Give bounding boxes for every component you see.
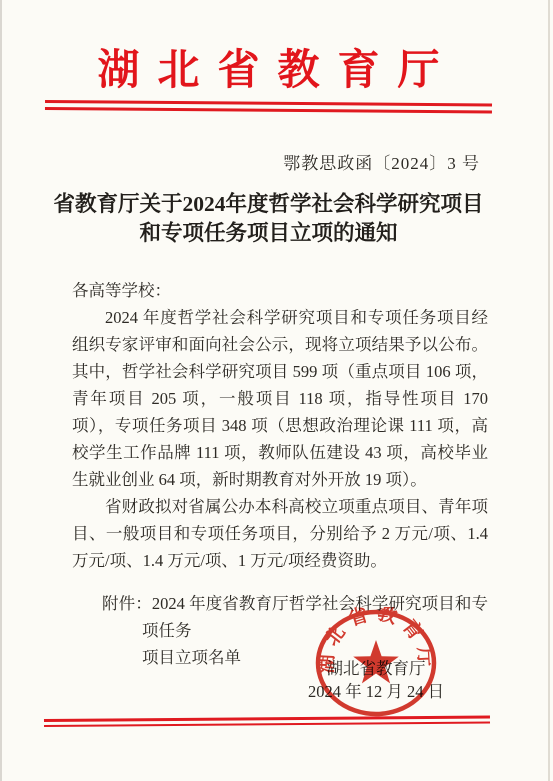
scan-right-edge bbox=[548, 0, 550, 781]
header-double-rule bbox=[45, 100, 492, 114]
scan-left-edge bbox=[0, 0, 2, 781]
notice-title: 省教育厅关于2024年度哲学社会科学研究项目 和专项任务项目立项的通知 bbox=[45, 190, 492, 248]
scanned-document-page: 湖北省教育厅 鄂教思政函〔2024〕3 号 省教育厅关于2024年度哲学社会科学… bbox=[0, 0, 553, 781]
letterhead-title: 湖北省教育厅 bbox=[45, 48, 492, 94]
seal-star-icon bbox=[353, 640, 399, 683]
attachment-label: 附件： bbox=[102, 594, 152, 613]
salutation: 各高等学校： bbox=[72, 277, 488, 304]
official-seal-stamp: 湖北省教育厅 bbox=[312, 607, 440, 721]
footer-double-rule bbox=[44, 715, 490, 727]
body-paragraph-1: 2024 年度哲学社会科学研究项目和专项任务项目经组织专家评审和面向社会公示，现… bbox=[72, 304, 488, 493]
body-paragraph-2: 省财政拟对省属公办本科高校立项重点项目、青年项目、一般项目和专项任务项目，分别给… bbox=[72, 493, 488, 574]
notice-title-line2: 和专项任务项目立项的通知 bbox=[45, 219, 492, 248]
document-number: 鄂教思政函〔2024〕3 号 bbox=[45, 149, 480, 174]
notice-title-line1: 省教育厅关于2024年度哲学社会科学研究项目 bbox=[45, 190, 492, 219]
